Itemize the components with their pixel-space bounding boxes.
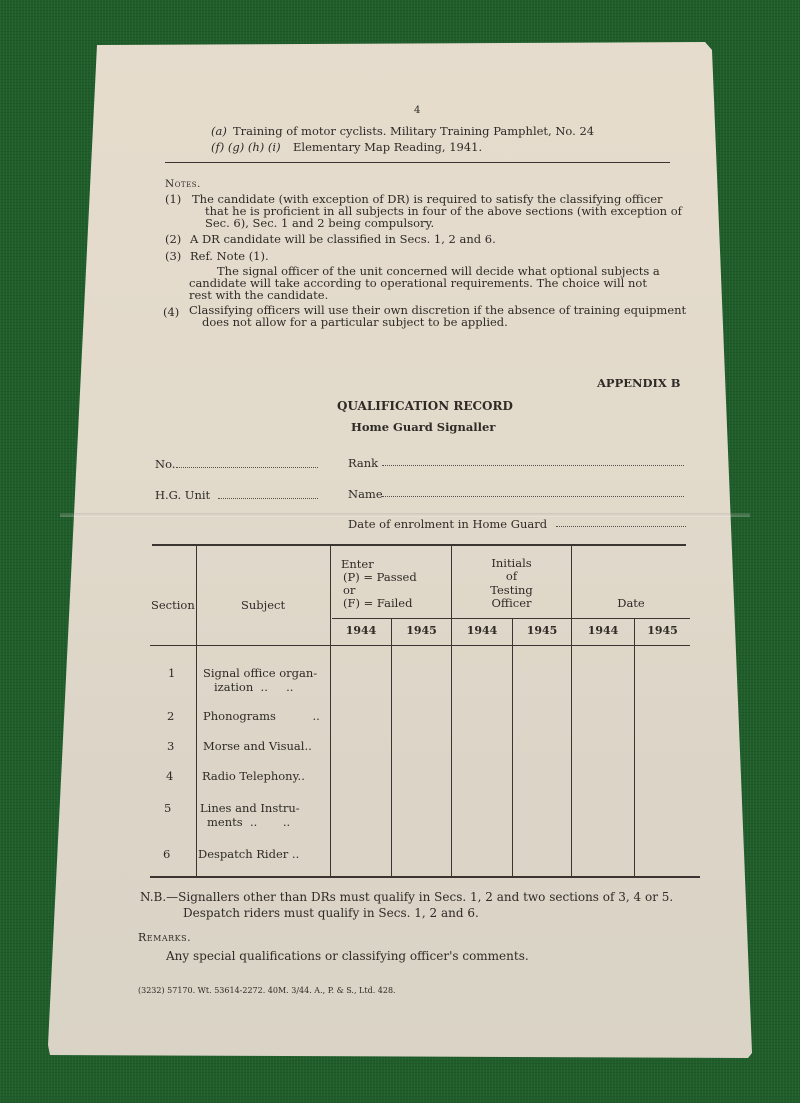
- remarks-field[interactable]: [140, 970, 680, 982]
- header-initials-1944: 1944: [452, 624, 512, 637]
- row-subject-cont: ments .. ..: [207, 816, 290, 829]
- note-2-number: (2): [165, 233, 181, 246]
- row-section-number: 2: [167, 710, 174, 723]
- form-subtitle: Home Guard Signaller: [351, 421, 495, 434]
- print-code: (3232) 57170. Wt. 53614-2272. 40M. 3/44.…: [138, 984, 396, 997]
- row-section-number: 3: [167, 740, 174, 753]
- appendix-label: APPENDIX B: [597, 377, 681, 390]
- header-enter-1945: 1945: [392, 624, 451, 637]
- name-label: Name: [348, 488, 383, 501]
- note-3-line-4: rest with the candidate.: [189, 289, 328, 302]
- number-label: No.: [155, 458, 175, 471]
- reference-marks-a: (a): [211, 125, 227, 138]
- form-title: QUALIFICATION RECORD: [337, 400, 513, 413]
- col-divider-date-years: [634, 619, 635, 876]
- col-divider-initials-years: [512, 619, 513, 876]
- reference-text-fghi: Elementary Map Reading, 1941.: [293, 141, 482, 154]
- divider-line: [165, 162, 670, 163]
- remarks-heading: Remarks.: [138, 931, 191, 944]
- nb-note-line-1: N.B.—Signallers other than DRs must qual…: [140, 891, 673, 904]
- row-section-number: 4: [166, 770, 173, 783]
- note-4-line-2: does not allow for a particular subject …: [202, 316, 508, 329]
- document-page: [0, 0, 800, 1103]
- note-1-number: (1): [165, 193, 181, 206]
- row-section-number: 1: [168, 667, 175, 680]
- notes-heading: Notes.: [165, 178, 201, 191]
- row-subject: Radio Telephony..: [202, 770, 305, 783]
- unit-field[interactable]: [218, 497, 318, 499]
- table-bottom-border: [150, 876, 700, 878]
- row-subject: Morse and Visual..: [203, 740, 312, 753]
- header-initials-line-4: Officer: [452, 597, 571, 610]
- col-divider-subject: [330, 546, 331, 876]
- year-row-top-line: [332, 618, 690, 619]
- col-divider-enter-years: [391, 619, 392, 876]
- header-subject: Subject: [241, 599, 285, 612]
- note-4-number: (4): [163, 306, 179, 319]
- note-1-line-3: Sec. 6), Sec. 1 and 2 being compulsory.: [205, 217, 434, 230]
- header-bottom-line: [150, 645, 690, 646]
- header-date-1945: 1945: [635, 624, 690, 637]
- enrolment-date-field[interactable]: [556, 525, 686, 527]
- header-section: Section: [151, 599, 195, 612]
- rank-label: Rank: [348, 457, 378, 470]
- row-section-number: 5: [164, 802, 171, 815]
- number-field[interactable]: [176, 466, 318, 468]
- rank-field[interactable]: [382, 464, 684, 466]
- row-subject: Phonograms ..: [203, 710, 320, 723]
- col-divider-section: [196, 546, 197, 876]
- remarks-instruction: Any special qualifications or classifyin…: [166, 950, 529, 963]
- table-top-border: [152, 544, 686, 546]
- row-subject-cont: ization .. ..: [214, 681, 293, 694]
- reference-text-a: Training of motor cyclists. Military Tra…: [233, 125, 594, 138]
- row-section-number: 6: [163, 848, 170, 861]
- nb-note-line-2: Despatch riders must qualify in Secs. 1,…: [183, 907, 479, 920]
- enrolment-date-label: Date of enrolment in Home Guard: [348, 518, 547, 531]
- header-enter-1944: 1944: [331, 624, 391, 637]
- reference-marks-fghi: (f) (g) (h) (i): [211, 141, 281, 154]
- header-initials-1945: 1945: [513, 624, 571, 637]
- note-2-line-1: A DR candidate will be classified in Sec…: [190, 233, 496, 246]
- note-3-number: (3): [165, 250, 181, 263]
- col-divider-initials: [571, 546, 572, 876]
- note-3-line-1: Ref. Note (1).: [190, 250, 269, 263]
- row-subject: Lines and Instru-: [200, 802, 300, 815]
- name-field[interactable]: [382, 495, 684, 497]
- header-initials-line-2: of: [452, 570, 571, 583]
- header-enter-line-4: (F) = Failed: [343, 597, 412, 610]
- header-date-1944: 1944: [572, 624, 634, 637]
- row-subject: Despatch Rider ..: [198, 848, 299, 861]
- unit-label: H.G. Unit: [155, 489, 210, 502]
- page-number: 4: [414, 104, 420, 117]
- header-date: Date: [572, 597, 690, 610]
- row-subject: Signal office organ-: [203, 667, 317, 680]
